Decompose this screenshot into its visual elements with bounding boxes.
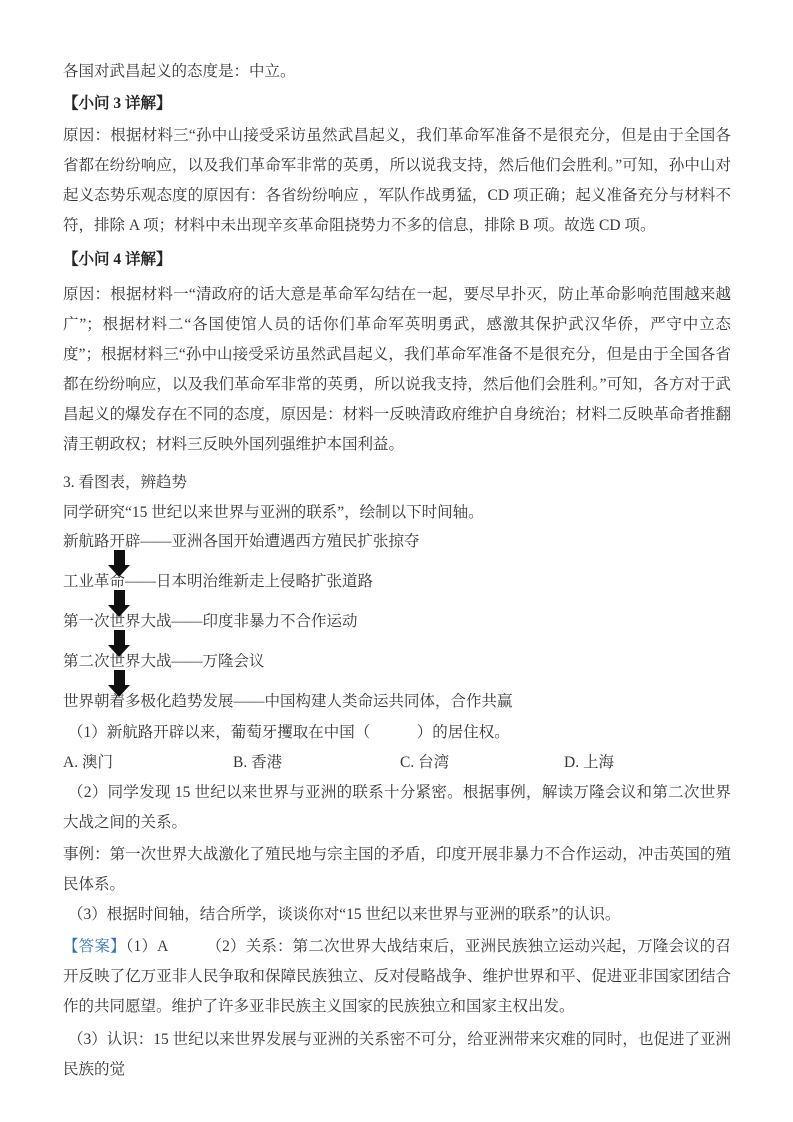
choice-options-row: A. 澳门 B. 香港 C. 台湾 D. 上海	[63, 748, 731, 778]
question3-example: 事例：第一次世界大战激化了殖民地与宗主国的矛盾，印度开展非暴力不合作运动，冲击英…	[63, 840, 731, 900]
timeline-item-new-routes: 新航路开辟——亚洲各国开始遭遇西方殖民扩张掠夺	[63, 528, 731, 568]
paragraph-subq3-analysis: 原因：根据材料三“孙中山接受采访虽然武昌起义，我们革命军准备不是很充分，但是由于…	[63, 121, 731, 241]
timeline-item-industrial-revolution: 工业革命——日本明治维新走上侵略扩张道路	[63, 568, 731, 608]
heading-subq4-explain: 【小问 4 详解】	[63, 245, 731, 275]
timeline-diagram: 新航路开辟——亚洲各国开始遭遇西方殖民扩张掠夺 工业革命——日本明治维新走上侵略…	[63, 528, 731, 728]
timeline-item-multipolar: 世界朝着多极化趋势发展——中国构建人类命运共同体，合作共赢	[63, 688, 731, 728]
answer-label: 【答案】	[63, 938, 126, 955]
document-page: 各国对武昌起义的态度是：中立。 【小问 3 详解】 原因：根据材料三“孙中山接受…	[0, 0, 793, 1122]
option-d: D. 上海	[564, 748, 731, 778]
paragraph-neutral-statement: 各国对武昌起义的态度是：中立。	[63, 57, 731, 87]
option-b: B. 香港	[233, 748, 400, 778]
answer-part3: （3）认识：15 世纪以来世界发展与亚洲的关系密不可分，给亚洲带来灾难的同时，也…	[63, 1025, 731, 1085]
question3-sub3: （3）根据时间轴，结合所学，谈谈你对“15 世纪以来世界与亚洲的联系”的认识。	[63, 900, 731, 930]
down-arrow-icon	[108, 670, 130, 697]
down-arrow-icon	[108, 630, 130, 657]
question3-sub2: （2）同学发现 15 世纪以来世界与亚洲的联系十分紧密。根据事例，解读万隆会议和…	[63, 778, 731, 838]
answer-part1: （1）A	[126, 938, 169, 955]
down-arrow-icon	[108, 550, 130, 577]
option-c: C. 台湾	[400, 748, 564, 778]
paragraph-subq4-analysis: 原因：根据材料一“清政府的话大意是革命军勾结在一起，要尽早扑灭，防止革命影响范围…	[63, 280, 731, 460]
answer-paragraph: 【答案】（1）A（2）关系：第二次世界大战结束后，亚洲民族独立运动兴起，万隆会议…	[63, 932, 731, 1022]
down-arrow-icon	[108, 590, 130, 617]
timeline-item-ww1: 第一次世界大战——印度非暴力不合作运动	[63, 608, 731, 648]
heading-subq3-explain: 【小问 3 详解】	[63, 89, 731, 119]
question3-intro: 同学研究“15 世纪以来世界与亚洲的联系”，绘制以下时间轴。	[63, 498, 731, 528]
question3-title: 3. 看图表，辨趋势	[63, 468, 731, 498]
option-a: A. 澳门	[63, 748, 233, 778]
timeline-item-ww2: 第二次世界大战——万隆会议	[63, 648, 731, 688]
